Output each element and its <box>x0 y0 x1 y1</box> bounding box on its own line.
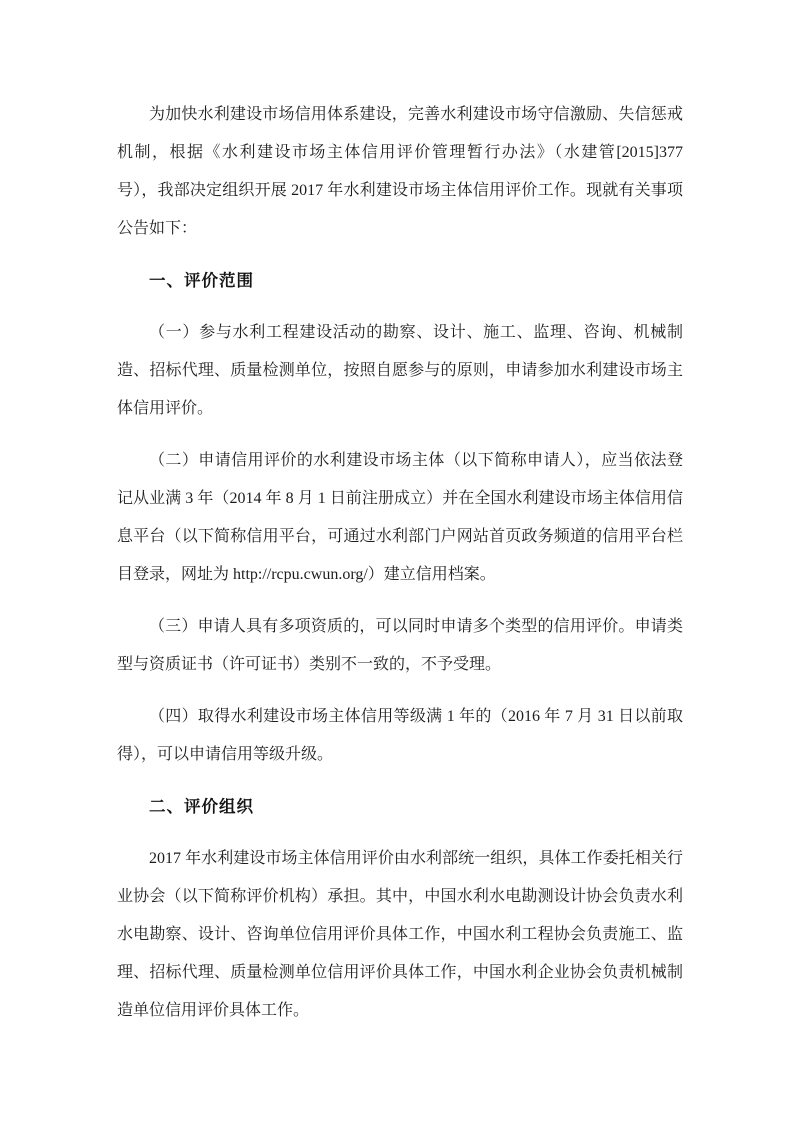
document-page: 为加快水利建设市场信用体系建设，完善水利建设市场守信激励、失信惩戒机制，根据《水… <box>0 0 800 1131</box>
paragraph-item-3: （三）申请人具有多项资质的，可以同时申请多个类型的信用评价。申请类型与资质证书（… <box>117 608 683 684</box>
document-content: 为加快水利建设市场信用体系建设，完善水利建设市场守信激励、失信惩戒机制，根据《水… <box>117 96 683 1044</box>
paragraph-intro: 为加快水利建设市场信用体系建设，完善水利建设市场守信激励、失信惩戒机制，根据《水… <box>117 96 683 248</box>
paragraph-organization: 2017 年水利建设市场主体信用评价由水利部统一组织，具体工作委托相关行业协会（… <box>117 840 683 1030</box>
heading-section-1-evaluation-scope: 一、评价范围 <box>117 262 683 300</box>
paragraph-item-2: （二）申请信用评价的水利建设市场主体（以下简称申请人），应当依法登记从业满 3 … <box>117 442 683 594</box>
paragraph-item-4: （四）取得水利建设市场主体信用等级满 1 年的（2016 年 7 月 31 日以… <box>117 698 683 774</box>
heading-section-2-evaluation-organization: 二、评价组织 <box>117 788 683 826</box>
paragraph-item-1: （一）参与水利工程建设活动的勘察、设计、施工、监理、咨询、机械制造、招标代理、质… <box>117 314 683 428</box>
